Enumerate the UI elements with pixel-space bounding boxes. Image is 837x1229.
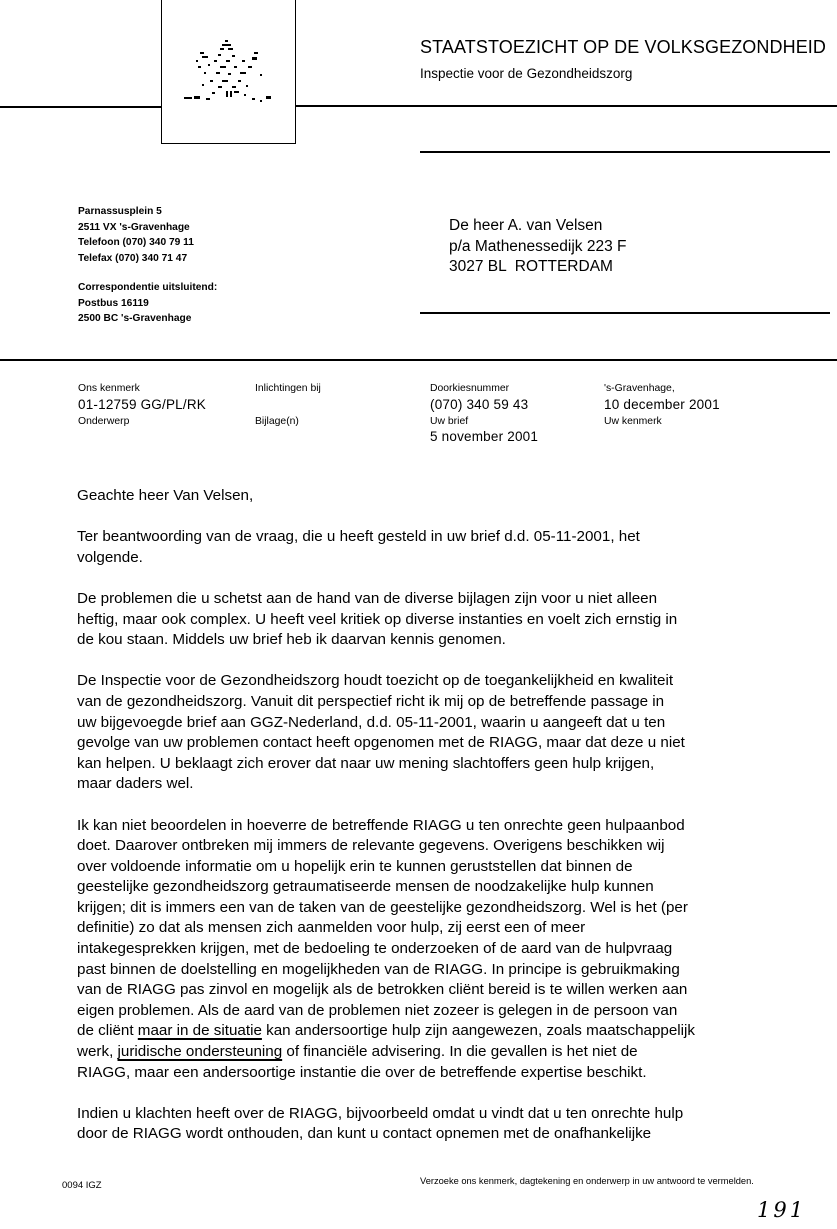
paragraph-5: Indien u klachten heeft over de RIAGG, b… — [77, 1104, 837, 1145]
letter-date: 10 december 2001 — [604, 397, 720, 412]
info-contact-label: Inlichtingen bij — [255, 383, 321, 394]
paragraph-4-part-1: Ik kan niet beoordelen in hoeverre de be… — [77, 817, 688, 1040]
paragraph-4: Ik kan niet beoordelen in hoeverre de be… — [77, 816, 837, 1084]
sender-phone: Telefoon (070) 340 79 11 — [78, 235, 217, 251]
our-reference-label: Ons kenmerk — [78, 383, 140, 394]
handwritten-underline-situation: maar in de situatie — [138, 1022, 262, 1039]
sender-address-block: Parnassusplein 5 2511 VX 's-Gravenhage T… — [78, 204, 217, 327]
paragraph-3: De Inspectie voor de Gezondheidszorg hou… — [77, 671, 837, 795]
sender-postal-city: 2511 VX 's-Gravenhage — [78, 220, 217, 236]
recipient-postal-city: 3027 BL ROTTERDAM — [449, 257, 627, 278]
handwritten-page-mark: 191 — [757, 1198, 806, 1222]
sender-street: Parnassusplein 5 — [78, 204, 217, 220]
meta-separator-rule — [0, 359, 837, 361]
logo-frame — [161, 0, 296, 144]
organization-subtitle: Inspectie voor de Gezondheidszorg — [420, 66, 632, 81]
header-rule-right — [296, 105, 837, 107]
paragraph-1: Ter beantwoording van de vraag, die u he… — [77, 527, 837, 568]
address-window-bottom-rule — [420, 312, 830, 314]
recipient-name: De heer A. van Velsen — [449, 216, 627, 237]
subject-label: Onderwerp — [78, 416, 129, 427]
sender-fax: Telefax (070) 340 71 47 — [78, 251, 217, 267]
recipient-address: p/a Mathenessedijk 223 F — [449, 237, 627, 258]
letter-body: Geachte heer Van Velsen, Ter beantwoordi… — [77, 486, 837, 1166]
salutation: Geachte heer Van Velsen, — [77, 486, 837, 507]
sender-po-postal-city: 2500 BC 's-Gravenhage — [78, 311, 217, 327]
attachments-label: Bijlage(n) — [255, 416, 299, 427]
form-code: 0094 IGZ — [62, 1180, 102, 1191]
correspondence-label: Correspondentie uitsluitend: — [78, 280, 217, 296]
direct-line-label: Doorkiesnummer — [430, 383, 509, 394]
handwritten-underline-legal-support: juridische ondersteuning — [118, 1043, 283, 1060]
reply-instruction-note: Verzoeke ons kenmerk, dagtekening en ond… — [420, 1176, 754, 1186]
organization-title: STAATSTOEZICHT OP DE VOLKSGEZONDHEID — [420, 37, 826, 58]
place-label: 's-Gravenhage, — [604, 383, 675, 394]
sender-po-box: Postbus 16119 — [78, 296, 217, 312]
paragraph-2: De problemen die u schetst aan de hand v… — [77, 589, 837, 651]
direct-line-value: (070) 340 59 43 — [430, 397, 528, 412]
your-reference-label: Uw kenmerk — [604, 416, 662, 427]
royal-coat-of-arms-icon — [182, 36, 278, 110]
your-letter-date: 5 november 2001 — [430, 429, 538, 444]
address-window-top-rule — [420, 151, 830, 153]
our-reference-value: 01-12759 GG/PL/RK — [78, 397, 206, 412]
header-rule-left — [0, 106, 161, 108]
recipient-address-block: De heer A. van Velsen p/a Mathenessedijk… — [449, 216, 627, 278]
your-letter-label: Uw brief — [430, 416, 468, 427]
